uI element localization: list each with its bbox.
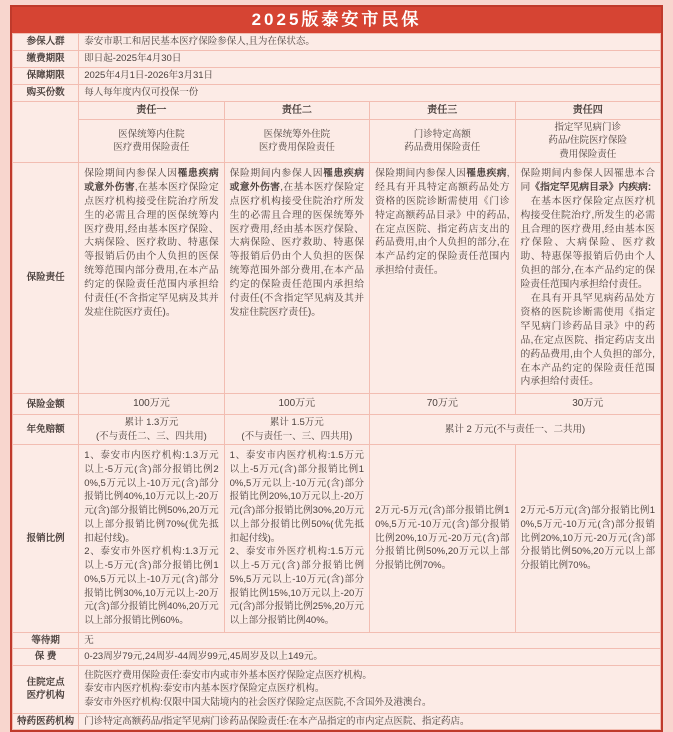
table-row-liability: 保险责任 保险期间内参保人因罹患疾病或意外伤害,在基本医疗保险定点医疗机构接受住… xyxy=(13,162,661,394)
insurance-info-sheet: 2025版泰安市民保 参保人群 泰安市职工和居民基本医疗保险参保人,且为在保状态… xyxy=(10,5,663,732)
row-value-insured-group: 泰安市职工和居民基本医疗保险参保人,且为在保状态。 xyxy=(79,34,661,51)
liability-duty-3: 保险期间内参保人因罹患疾病,经具有开具特定高额药品处方资格的医院诊断需使用《门诊… xyxy=(370,162,515,394)
liability-duty-4: 保险期间内参保人因罹患本合同《指定罕见病目录》内疾病: 在基本医疗保险定点医疗机… xyxy=(515,162,661,394)
sum-insured-duty-4: 30万元 xyxy=(515,394,661,415)
table-row-coverage-period: 保障期限 2025年4月1日-2026年3月31日 xyxy=(13,68,661,85)
row-label-deductible: 年免赔额 xyxy=(13,415,79,445)
hospital-network-value: 住院医疗费用保险责任:泰安市内或市外基本医疗保险定点医疗机构。 泰安市内医疗机构… xyxy=(79,665,661,713)
sum-insured-duty-3: 70万元 xyxy=(370,394,515,415)
duty-2-subtitle: 医保统筹外住院 医疗费用保险责任 xyxy=(224,120,369,163)
reimbursement-duty-3: 2万元-5万元(含)部分报销比例10%,5万元-10万元(含)部分报销比例20%… xyxy=(370,444,515,632)
table-row-pharmacy-network: 特药医药机构 门诊特定高额药品/指定罕见病门诊药品保险责任:在本产品指定的市内定… xyxy=(13,713,661,729)
table-row-duty-headers: 责任一 责任二 责任三 责任四 xyxy=(13,102,661,120)
duty-header-spacer xyxy=(13,102,79,163)
sum-insured-duty-2: 100万元 xyxy=(224,394,369,415)
row-label-liability: 保险责任 xyxy=(13,162,79,394)
deductible-duty-3-4: 累计 2 万元(不与责任一、二共用) xyxy=(370,415,661,445)
duty-1-header: 责任一 xyxy=(79,102,224,120)
row-label-payment-period: 缴费期限 xyxy=(13,51,79,68)
duty-3-subtitle: 门诊特定高额 药品费用保险责任 xyxy=(370,120,515,163)
row-label-waiting-period: 等待期 xyxy=(13,632,79,648)
row-label-premium: 保 费 xyxy=(13,649,79,665)
row-label-reimbursement: 报销比例 xyxy=(13,444,79,632)
table-row-deductible: 年免赔额 累计 1.3万元 (不与责任二、三、四共用) 累计 1.5万元 (不与… xyxy=(13,415,661,445)
row-label-insured-group: 参保人群 xyxy=(13,34,79,51)
reimbursement-duty-4: 2万元-5万元(含)部分报销比例10%,5万元-10万元(含)部分报销比例20%… xyxy=(515,444,661,632)
liability-duty-1: 保险期间内参保人因罹患疾病或意外伤害,在基本医疗保险定点医疗机构接受住院治疗所发… xyxy=(79,162,224,394)
reimbursement-duty-2: 1、泰安市内医疗机构:1.5万元以上-5万元(含)部分报销比例10%,5万元以上… xyxy=(224,444,369,632)
table-row-reimbursement: 报销比例 1、泰安市内医疗机构:1.3万元以上-5万元(含)部分报销比例20%,… xyxy=(13,444,661,632)
table-row-hospital-network: 住院定点 医疗机构 住院医疗费用保险责任:泰安市内或市外基本医疗保险定点医疗机构… xyxy=(13,665,661,713)
duty-2-header: 责任二 xyxy=(224,102,369,120)
table-row-sum-insured: 保险金额 100万元 100万元 70万元 30万元 xyxy=(13,394,661,415)
duty-3-header: 责任三 xyxy=(370,102,515,120)
table-row-purchase-limit: 购买份数 每人每年度内仅可投保一份 xyxy=(13,85,661,102)
deductible-duty-2: 累计 1.5万元 (不与责任一、三、四共用) xyxy=(224,415,369,445)
sum-insured-duty-1: 100万元 xyxy=(79,394,224,415)
premium-value: 0-23周岁79元,24周岁-44周岁99元,45周岁及以上149元。 xyxy=(79,649,661,665)
row-value-purchase-limit: 每人每年度内仅可投保一份 xyxy=(79,85,661,102)
liability-duty-2: 保险期间内参保人因罹患疾病或意外伤害,在基本医疗保险定点医疗机构接受住院治疗所发… xyxy=(224,162,369,394)
duty-4-header: 责任四 xyxy=(515,102,661,120)
duty-4-subtitle: 指定罕见病门诊 药品/住院医疗保险 费用保险责任 xyxy=(515,120,661,163)
deductible-duty-1: 累计 1.3万元 (不与责任二、三、四共用) xyxy=(79,415,224,445)
reimbursement-duty-1: 1、泰安市内医疗机构:1.3万元以上-5万元(含)部分报销比例20%,5万元以上… xyxy=(79,444,224,632)
row-label-hospital-network: 住院定点 医疗机构 xyxy=(13,665,79,713)
row-label-pharmacy-network: 特药医药机构 xyxy=(13,713,79,729)
duty-1-subtitle: 医保统筹内住院 医疗费用保险责任 xyxy=(79,120,224,163)
table-row-payment-period: 缴费期限 即日起-2025年4月30日 xyxy=(13,51,661,68)
table-row-waiting-period: 等待期 无 xyxy=(13,632,661,648)
row-label-coverage-period: 保障期限 xyxy=(13,68,79,85)
waiting-period-value: 无 xyxy=(79,632,661,648)
row-value-coverage-period: 2025年4月1日-2026年3月31日 xyxy=(79,68,661,85)
page-title: 2025版泰安市民保 xyxy=(12,7,661,33)
table-row-insured-group: 参保人群 泰安市职工和居民基本医疗保险参保人,且为在保状态。 xyxy=(13,34,661,51)
row-value-payment-period: 即日起-2025年4月30日 xyxy=(79,51,661,68)
row-label-sum-insured: 保险金额 xyxy=(13,394,79,415)
pharmacy-network-value: 门诊特定高额药品/指定罕见病门诊药品保险责任:在本产品指定的市内定点医院、指定药… xyxy=(79,713,661,729)
table-row-duty-subtitles: 医保统筹内住院 医疗费用保险责任 医保统筹外住院 医疗费用保险责任 门诊特定高额… xyxy=(13,120,661,163)
insurance-table: 参保人群 泰安市职工和居民基本医疗保险参保人,且为在保状态。 缴费期限 即日起-… xyxy=(12,33,661,730)
row-label-purchase-limit: 购买份数 xyxy=(13,85,79,102)
table-row-premium: 保 费 0-23周岁79元,24周岁-44周岁99元,45周岁及以上149元。 xyxy=(13,649,661,665)
